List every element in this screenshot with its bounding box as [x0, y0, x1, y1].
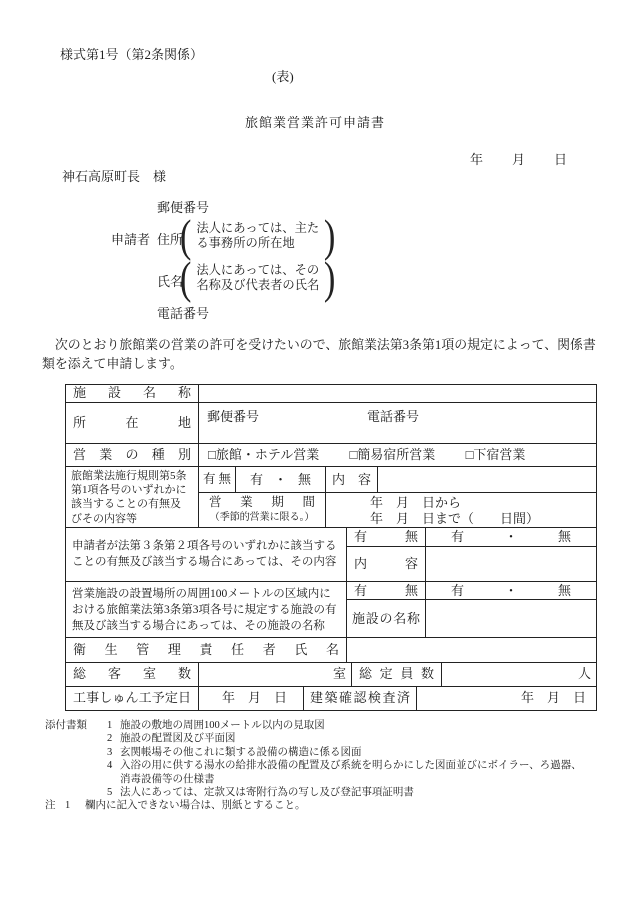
applicant-address-note: 法人にあっては、主た る事務所の所在地: [178, 213, 338, 259]
row-business-type: 営業の種別 □旅館・ホテル営業 □簡易宿所営業 □下宿営業: [66, 443, 596, 466]
side-label: (表): [272, 66, 294, 85]
note-number: 1: [65, 799, 85, 812]
rule5-period-label: 営業期間 （季節的営業に限る。）: [199, 493, 325, 527]
attachments-block: 添付書類 1 施設の敷地の周囲100メートル以内の見取図 2 施設の配置図及び平…: [45, 719, 610, 799]
hygiene-value: [346, 638, 596, 662]
inspection-value: 年 月 日: [416, 687, 596, 710]
attachment-number: 1: [107, 719, 120, 732]
facility-name-label: 施設名称: [66, 385, 198, 402]
location-label: 所在地: [66, 403, 198, 443]
row-construction: 工事しゅん工予定日 年 月 日 建築確認検査済日 年 月 日: [66, 686, 596, 710]
law3-2-umu-row: 有無 有・無: [347, 528, 596, 546]
surround-umu-label: 有無: [347, 582, 425, 599]
rule5-label: 旅館業法施行規則第5条 第1項各号のいずれかに 該当することの有無及 びその内容…: [66, 467, 198, 527]
note-text: 欄内に記入できない場合は、別紙とすること。: [85, 799, 306, 812]
attachments-label: 添付書類: [45, 719, 107, 799]
attachment-item: 3 玄関帳場その他これに類する設備の構造に係る図面: [107, 746, 610, 759]
rule5-subgrid: 有無 有・無 内容 営業期間 （季節的営業に限る。） 年 月 日から 年 月 日…: [198, 467, 596, 527]
law3-2-naiyo-label: 内容: [347, 547, 425, 581]
law3-2-naiyo-value: [425, 547, 596, 581]
rule5-period-value: 年 月 日から 年 月 日まで（ 日間）: [325, 493, 596, 527]
note-label: 注: [45, 799, 65, 812]
law3-2-naiyo-row: 内容: [347, 546, 596, 581]
business-type-label: 営業の種別: [66, 444, 198, 466]
period-label-line2: （季節的営業に限る。）: [199, 510, 325, 525]
rooms-unit: 室: [198, 663, 351, 686]
attachment-item: 1 施設の敷地の周囲100メートル以内の見取図: [107, 719, 610, 732]
surround-umu-value: 有・無: [425, 582, 596, 599]
surround-umu-row: 有無 有・無: [347, 582, 596, 599]
date-line: 年 月 日: [470, 149, 568, 168]
hygiene-label: 衛生管理責任者氏名: [66, 638, 346, 662]
attachment-item: 2 施設の配置図及び平面図: [107, 732, 610, 745]
attachment-text: 玄関帳場その他これに類する設備の構造に係る図面: [120, 746, 588, 759]
capacity-unit: 人: [441, 663, 596, 686]
applicant-name-note: 法人にあっては、その 名称及び代表者の氏名: [178, 255, 338, 301]
law3-2-umu-value: 有・無: [425, 528, 596, 546]
rule5-naiyo-value: [377, 467, 596, 492]
checkbox-geshuku: □下宿営業: [466, 447, 526, 462]
row-rule5: 旅館業法施行規則第5条 第1項各号のいずれかに 該当することの有無及 びその内容…: [66, 466, 596, 527]
close-paren-decoration: [324, 256, 335, 300]
application-table: 施設名称 所在地 郵便番号 電話番号 営業の種別 □旅館・ホテル営業 □簡易宿所…: [65, 384, 597, 711]
note-line: 注 1 欄内に記入できない場合は、別紙とすること。: [45, 799, 610, 812]
law3-2-subgrid: 有無 有・無 内容: [346, 528, 596, 581]
attachment-number: 4: [107, 759, 120, 786]
address-note-text: 法人にあっては、主た る事務所の所在地: [193, 221, 322, 252]
open-paren-decoration: [180, 256, 191, 300]
surround-name-label: 施設の名称: [347, 600, 425, 637]
rooms-label: 総客室数: [66, 663, 198, 686]
surround-label: 営業施設の設置場所の周囲100メートルの区域内に おける旅館業法第3条第3項各号…: [66, 582, 346, 637]
attachment-item: 5 法人にあっては、定款又は寄附行為の写し及び登記事項証明書: [107, 786, 610, 799]
applicant-phone-label: 電話番号: [157, 303, 209, 322]
attachment-text: 施設の配置図及び平面図: [120, 732, 588, 745]
row-rooms: 総客室数 室 総定員数 人: [66, 662, 596, 686]
rule5-umu-value: 有・無: [235, 467, 325, 492]
row-location: 所在地 郵便番号 電話番号: [66, 402, 596, 443]
inspection-label: 建築確認検査済日: [303, 687, 416, 710]
intro-paragraph: 次のとおり旅館業の営業の許可を受けたいので、旅館業法第3条第1項の規定によって、…: [42, 336, 602, 374]
page-title: 旅館業営業許可申請書: [0, 112, 630, 131]
row-surround: 営業施設の設置場所の周囲100メートルの区域内に おける旅館業法第3条第3項各号…: [66, 581, 596, 637]
document-page: 様式第1号（第2条関係） (表) 旅館業営業許可申請書 年 月 日 神石高原町長…: [0, 0, 630, 903]
location-value: 郵便番号 電話番号: [198, 403, 596, 443]
rule5-umu-label: 有無: [199, 467, 235, 492]
row-hygiene: 衛生管理責任者氏名: [66, 637, 596, 662]
attachment-text: 施設の敷地の周囲100メートル以内の見取図: [120, 719, 588, 732]
name-note-text: 法人にあっては、その 名称及び代表者の氏名: [193, 263, 322, 294]
attachment-item: 4 入浴の用に供する湯水の給排水設備の配置及び系統を明らかにした図面並びにボイラ…: [107, 759, 610, 786]
completion-value: 年 月 日: [198, 687, 303, 710]
law3-2-label: 申請者が法第３条第２項各号のいずれかに該当する ことの有無及び該当する場合にあっ…: [66, 528, 346, 581]
attachment-number: 5: [107, 786, 120, 799]
applicant-label: 申請者: [111, 229, 150, 248]
attachments-list: 1 施設の敷地の周囲100メートル以内の見取図 2 施設の配置図及び平面図 3 …: [107, 719, 610, 799]
checkbox-ryokan-hotel: □旅館・ホテル営業: [208, 447, 319, 462]
business-type-options: □旅館・ホテル営業 □簡易宿所営業 □下宿営業: [198, 444, 596, 466]
location-phone-label: 電話番号: [367, 406, 419, 425]
law3-2-umu-label: 有無: [347, 528, 425, 546]
period-label-line1: 営業期間: [199, 494, 325, 510]
surround-subgrid: 有無 有・無 施設の名称: [346, 582, 596, 637]
capacity-label: 総定員数: [351, 663, 441, 686]
rule5-naiyo-label: 内容: [325, 467, 377, 492]
surround-name-row: 施設の名称: [347, 599, 596, 637]
completion-label: 工事しゅん工予定日: [66, 687, 198, 710]
facility-name-value: [198, 385, 596, 402]
rule5-umu-row: 有無 有・無 内容: [199, 467, 596, 492]
rule5-period-row: 営業期間 （季節的営業に限る。） 年 月 日から 年 月 日まで（ 日間）: [199, 492, 596, 527]
attachment-number: 2: [107, 732, 120, 745]
surround-name-value: [425, 600, 596, 637]
footer-notes: 添付書類 1 施設の敷地の周囲100メートル以内の見取図 2 施設の配置図及び平…: [45, 719, 610, 813]
row-law3-2: 申請者が法第３条第２項各号のいずれかに該当する ことの有無及び該当する場合にあっ…: [66, 527, 596, 581]
attachment-text: 入浴の用に供する湯水の給排水設備の配置及び系統を明らかにした図面並びにボイラー、…: [120, 759, 588, 786]
attachment-text: 法人にあっては、定款又は寄附行為の写し及び登記事項証明書: [120, 786, 588, 799]
attachment-number: 3: [107, 746, 120, 759]
checkbox-kani-shukusho: □簡易宿所営業: [349, 447, 435, 462]
row-facility-name: 施設名称: [66, 385, 596, 402]
location-postal-label: 郵便番号: [207, 406, 259, 425]
form-number: 様式第1号（第2条関係）: [60, 44, 203, 63]
addressee: 神石高原町長 様: [62, 166, 166, 185]
